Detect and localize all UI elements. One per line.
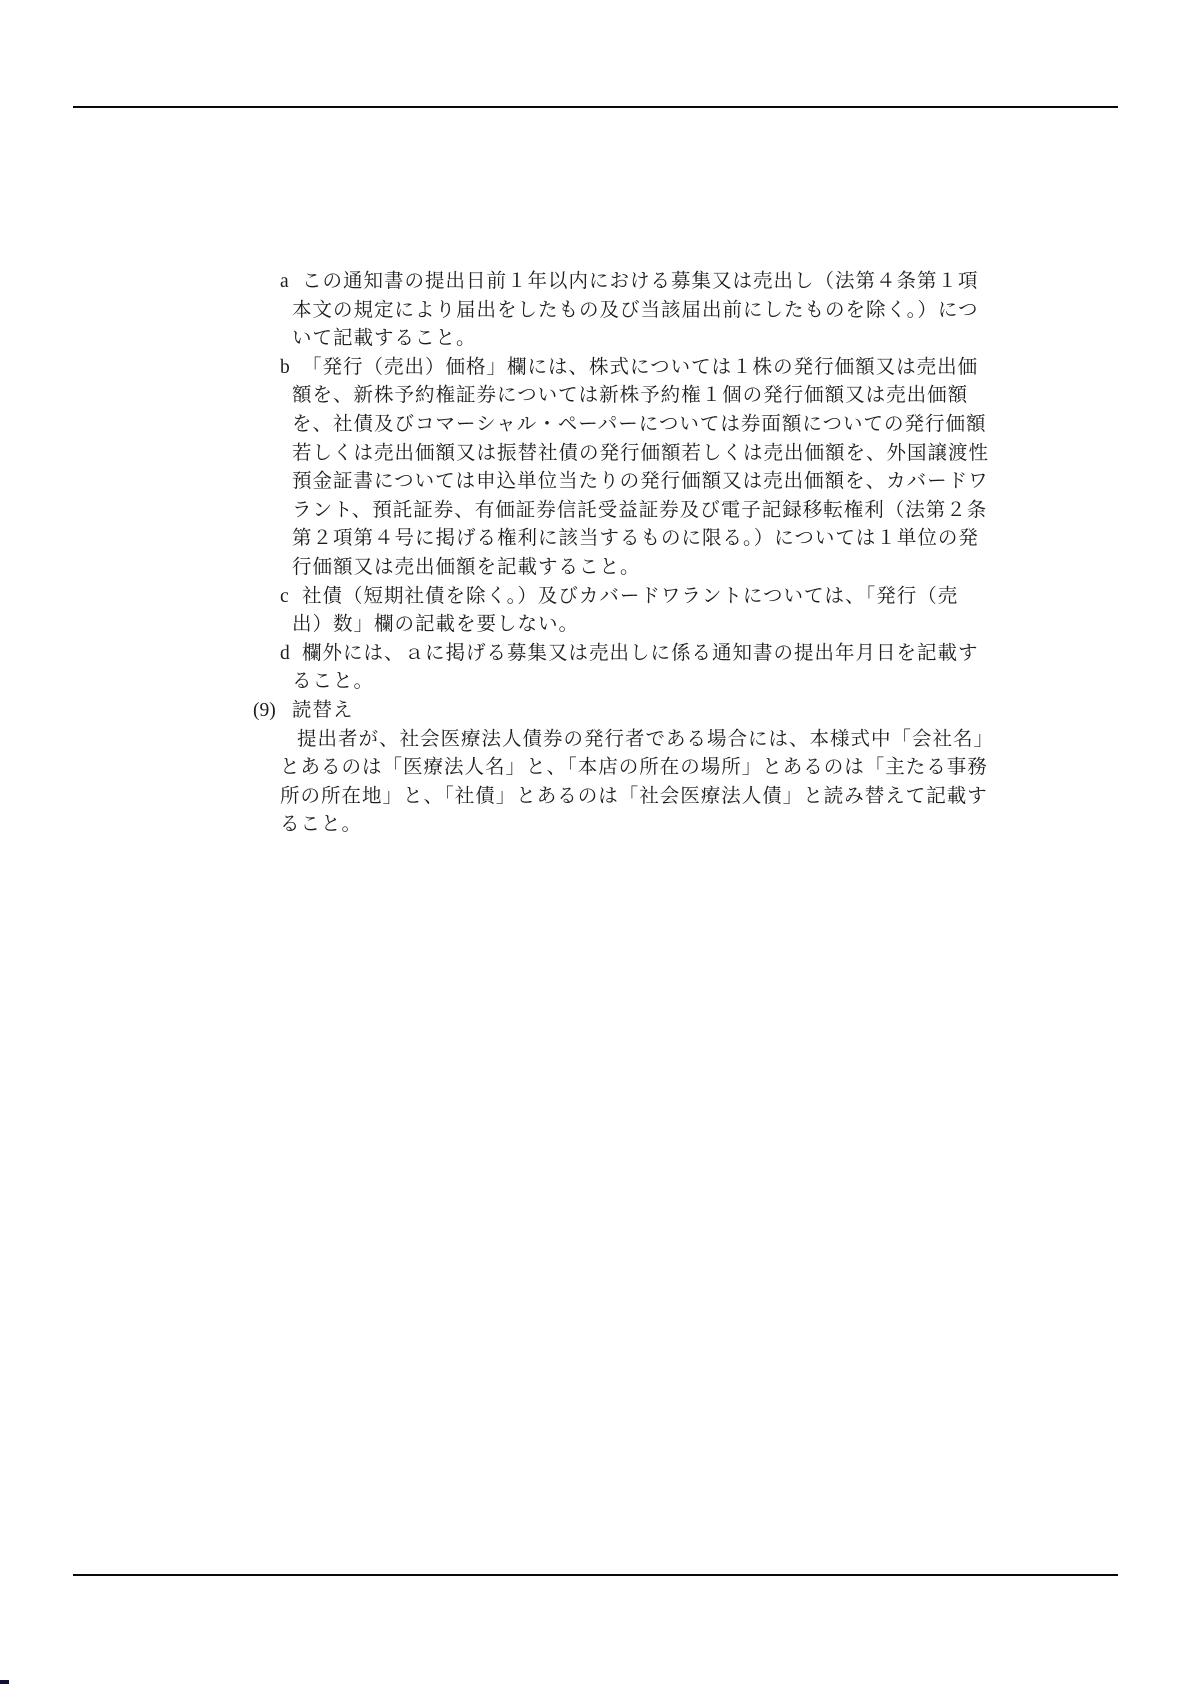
paragraph-line: 所の所在地」と、「社債」とあるのは「社会医療法人債」と読み替えて記載す — [0, 783, 1192, 812]
item-marker: b — [280, 354, 302, 383]
wrapped-line: 出）数」欄の記載を要しない。 — [0, 611, 1192, 640]
item-marker: d — [280, 640, 302, 669]
list-item-d: d欄外には、ａに掲げる募集又は売出しに係る通知書の提出年月日を記載す — [0, 640, 1192, 669]
wrapped-line: 若しくは売出価額又は振替社債の発行価額若しくは売出価額を、外国譲渡性 — [0, 440, 1192, 469]
line-text: ること。 — [292, 671, 374, 692]
wrapped-line: ラント、預託証券、有価証券信託受益証券及び電子記録移転権利（法第２条 — [0, 497, 1192, 526]
line-text: 行価額又は売出価額を記載すること。 — [292, 557, 641, 578]
wrapped-line: ること。 — [0, 668, 1192, 697]
line-text: 「発行（売出）価格」欄には、株式については１株の発行価額又は売出価 — [302, 357, 978, 378]
item-marker: a — [280, 268, 302, 297]
section-title: 読替え — [292, 700, 354, 721]
line-text: とあるのは「医療法人名」と、「本店の所在の場所」とあるのは「主たる事務 — [280, 757, 988, 778]
wrapped-line: 預金証書については申込単位当たりの発行価額又は売出価額を、カバードワ — [0, 468, 1192, 497]
bottom-rule — [73, 1574, 1118, 1576]
line-text: この通知書の提出日前１年以内における募集又は売出し（法第４条第１項 — [302, 271, 979, 292]
wrapped-line: 行価額又は売出価額を記載すること。 — [0, 554, 1192, 583]
line-text: 出）数」欄の記載を要しない。 — [292, 614, 579, 635]
line-text: 額を、新株予約権証券については新株予約権１個の発行価額又は売出価額 — [292, 385, 968, 406]
line-text: いて記載すること。 — [292, 328, 477, 349]
section-number: (9) — [253, 697, 292, 726]
list-item-a: aこの通知書の提出日前１年以内における募集又は売出し（法第４条第１項 — [0, 268, 1192, 297]
line-text: 欄外には、ａに掲げる募集又は売出しに係る通知書の提出年月日を記載す — [302, 643, 979, 664]
wrapped-line: を、社債及びコマーシャル・ペーパーについては券面額についての発行価額 — [0, 411, 1192, 440]
section-9-heading: (9)読替え — [0, 697, 1192, 726]
list-item-c: c社債（短期社債を除く。）及びカバードワラントについては、「発行（売 — [0, 583, 1192, 612]
wrapped-line: 額を、新株予約権証券については新株予約権１個の発行価額又は売出価額 — [0, 382, 1192, 411]
line-text: 所の所在地」と、「社債」とあるのは「社会医療法人債」と読み替えて記載す — [280, 786, 988, 807]
paragraph-line: ること。 — [0, 811, 1192, 840]
line-text: ること。 — [280, 814, 362, 835]
line-text: 本文の規定により届出をしたもの及び当該届出前にしたものを除く。）につ — [292, 300, 978, 321]
paragraph-line: とあるのは「医療法人名」と、「本店の所在の場所」とあるのは「主たる事務 — [0, 754, 1192, 783]
line-text: を、社債及びコマーシャル・ペーパーについては券面額についての発行価額 — [292, 414, 986, 435]
line-text: 提出者が、社会医療法人債券の発行者である場合には、本様式中「会社名」 — [297, 729, 994, 750]
line-text: 社債（短期社債を除く。）及びカバードワラントについては、「発行（売 — [302, 586, 958, 607]
wrapped-line: いて記載すること。 — [0, 325, 1192, 354]
line-text: 預金証書については申込単位当たりの発行価額又は売出価額を、カバードワ — [292, 471, 989, 492]
text-block: aこの通知書の提出日前１年以内における募集又は売出し（法第４条第１項 本文の規定… — [0, 268, 1192, 840]
list-item-b: b「発行（売出）価格」欄には、株式については１株の発行価額又は売出価 — [0, 354, 1192, 383]
wrapped-line: 第２項第４号に掲げる権利に該当するものに限る。）については１単位の発 — [0, 525, 1192, 554]
top-rule — [73, 106, 1118, 108]
scan-corner-artifact — [0, 1680, 9, 1684]
line-text: 第２項第４号に掲げる権利に該当するものに限る。）については１単位の発 — [292, 528, 979, 549]
line-text: ラント、預託証券、有価証券信託受益証券及び電子記録移転権利（法第２条 — [292, 500, 987, 521]
wrapped-line: 本文の規定により届出をしたもの及び当該届出前にしたものを除く。）につ — [0, 297, 1192, 326]
item-marker: c — [280, 583, 302, 612]
paragraph-line: 提出者が、社会医療法人債券の発行者である場合には、本様式中「会社名」 — [0, 726, 1192, 755]
line-text: 若しくは売出価額又は振替社債の発行価額若しくは売出価額を、外国譲渡性 — [292, 443, 989, 464]
document-page: { "content": { "lines": [ { "marker": "a… — [0, 0, 1192, 1685]
